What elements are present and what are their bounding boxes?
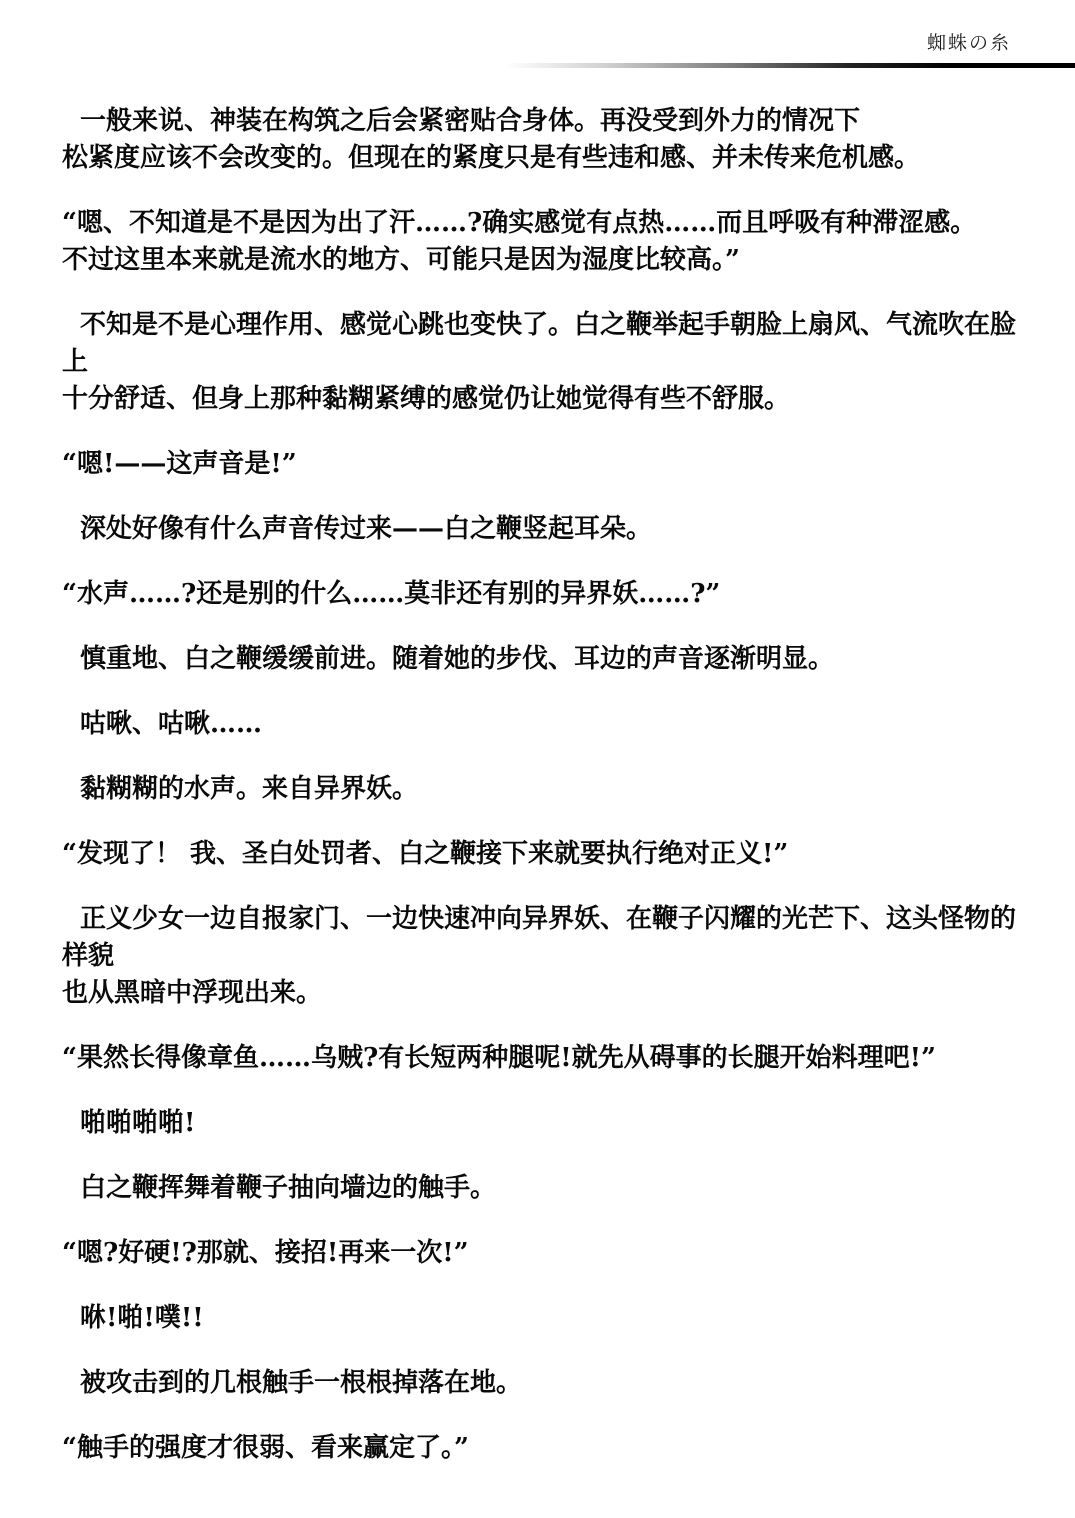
paragraph: “嗯、不知道是不是因为出了汗……?确实感觉有点热……而且呼吸有种滞涩感。 不过这…	[62, 205, 1019, 279]
novel-text-content: 一般来说、神装在构筑之后会紧密贴合身体。再没受到外力的情况下 松紧度应该不会改变…	[0, 68, 1075, 1467]
paragraph: 黏糊糊的水声。来自异界妖。	[62, 771, 1019, 808]
paragraph: 被攻击到的几根触手一根根掉落在地。	[62, 1365, 1019, 1402]
paragraph: 啪啪啪啪!	[62, 1105, 1019, 1142]
paragraph: 一般来说、神装在构筑之后会紧密贴合身体。再没受到外力的情况下 松紧度应该不会改变…	[62, 103, 1019, 177]
page-header-title: 蜘蛛の糸	[927, 30, 1011, 56]
paragraph: 慎重地、白之鞭缓缓前进。随着她的步伐、耳边的声音逐渐明显。	[62, 641, 1019, 678]
paragraph: 白之鞭挥舞着鞭子抽向墙边的触手。	[62, 1170, 1019, 1207]
paragraph: 咕啾、咕啾……	[62, 706, 1019, 743]
paragraph: 深处好像有什么声音传过来——白之鞭竖起耳朵。	[62, 511, 1019, 548]
page-header: 蜘蛛の糸	[0, 0, 1075, 56]
paragraph: “果然长得像章鱼……乌贼?有长短两种腿呢!就先从碍事的长腿开始料理吧!”	[62, 1040, 1019, 1077]
paragraph: “嗯!——这声音是!”	[62, 446, 1019, 483]
novel-page: 蜘蛛の糸 一般来说、神装在构筑之后会紧密贴合身体。再没受到外力的情况下 松紧度应…	[0, 0, 1075, 1518]
paragraph: “发现了！ 我、圣白处罚者、白之鞭接下来就要执行绝对正义!”	[62, 836, 1019, 873]
paragraph: “水声……?还是别的什么……莫非还有别的异界妖……?”	[62, 576, 1019, 613]
paragraph: “嗯?好硬!?那就、接招!再来一次!”	[62, 1235, 1019, 1272]
paragraph: 正义少女一边自报家门、一边快速冲向异界妖、在鞭子闪耀的光芒下、这头怪物的样貌 也…	[62, 901, 1019, 1012]
paragraph: 不知是不是心理作用、感觉心跳也变快了。白之鞭举起手朝脸上扇风、气流吹在脸上 十分…	[62, 307, 1019, 418]
paragraph: “触手的强度才很弱、看来赢定了。”	[62, 1430, 1019, 1467]
paragraph: 咻!啪!噗!!	[62, 1300, 1019, 1337]
